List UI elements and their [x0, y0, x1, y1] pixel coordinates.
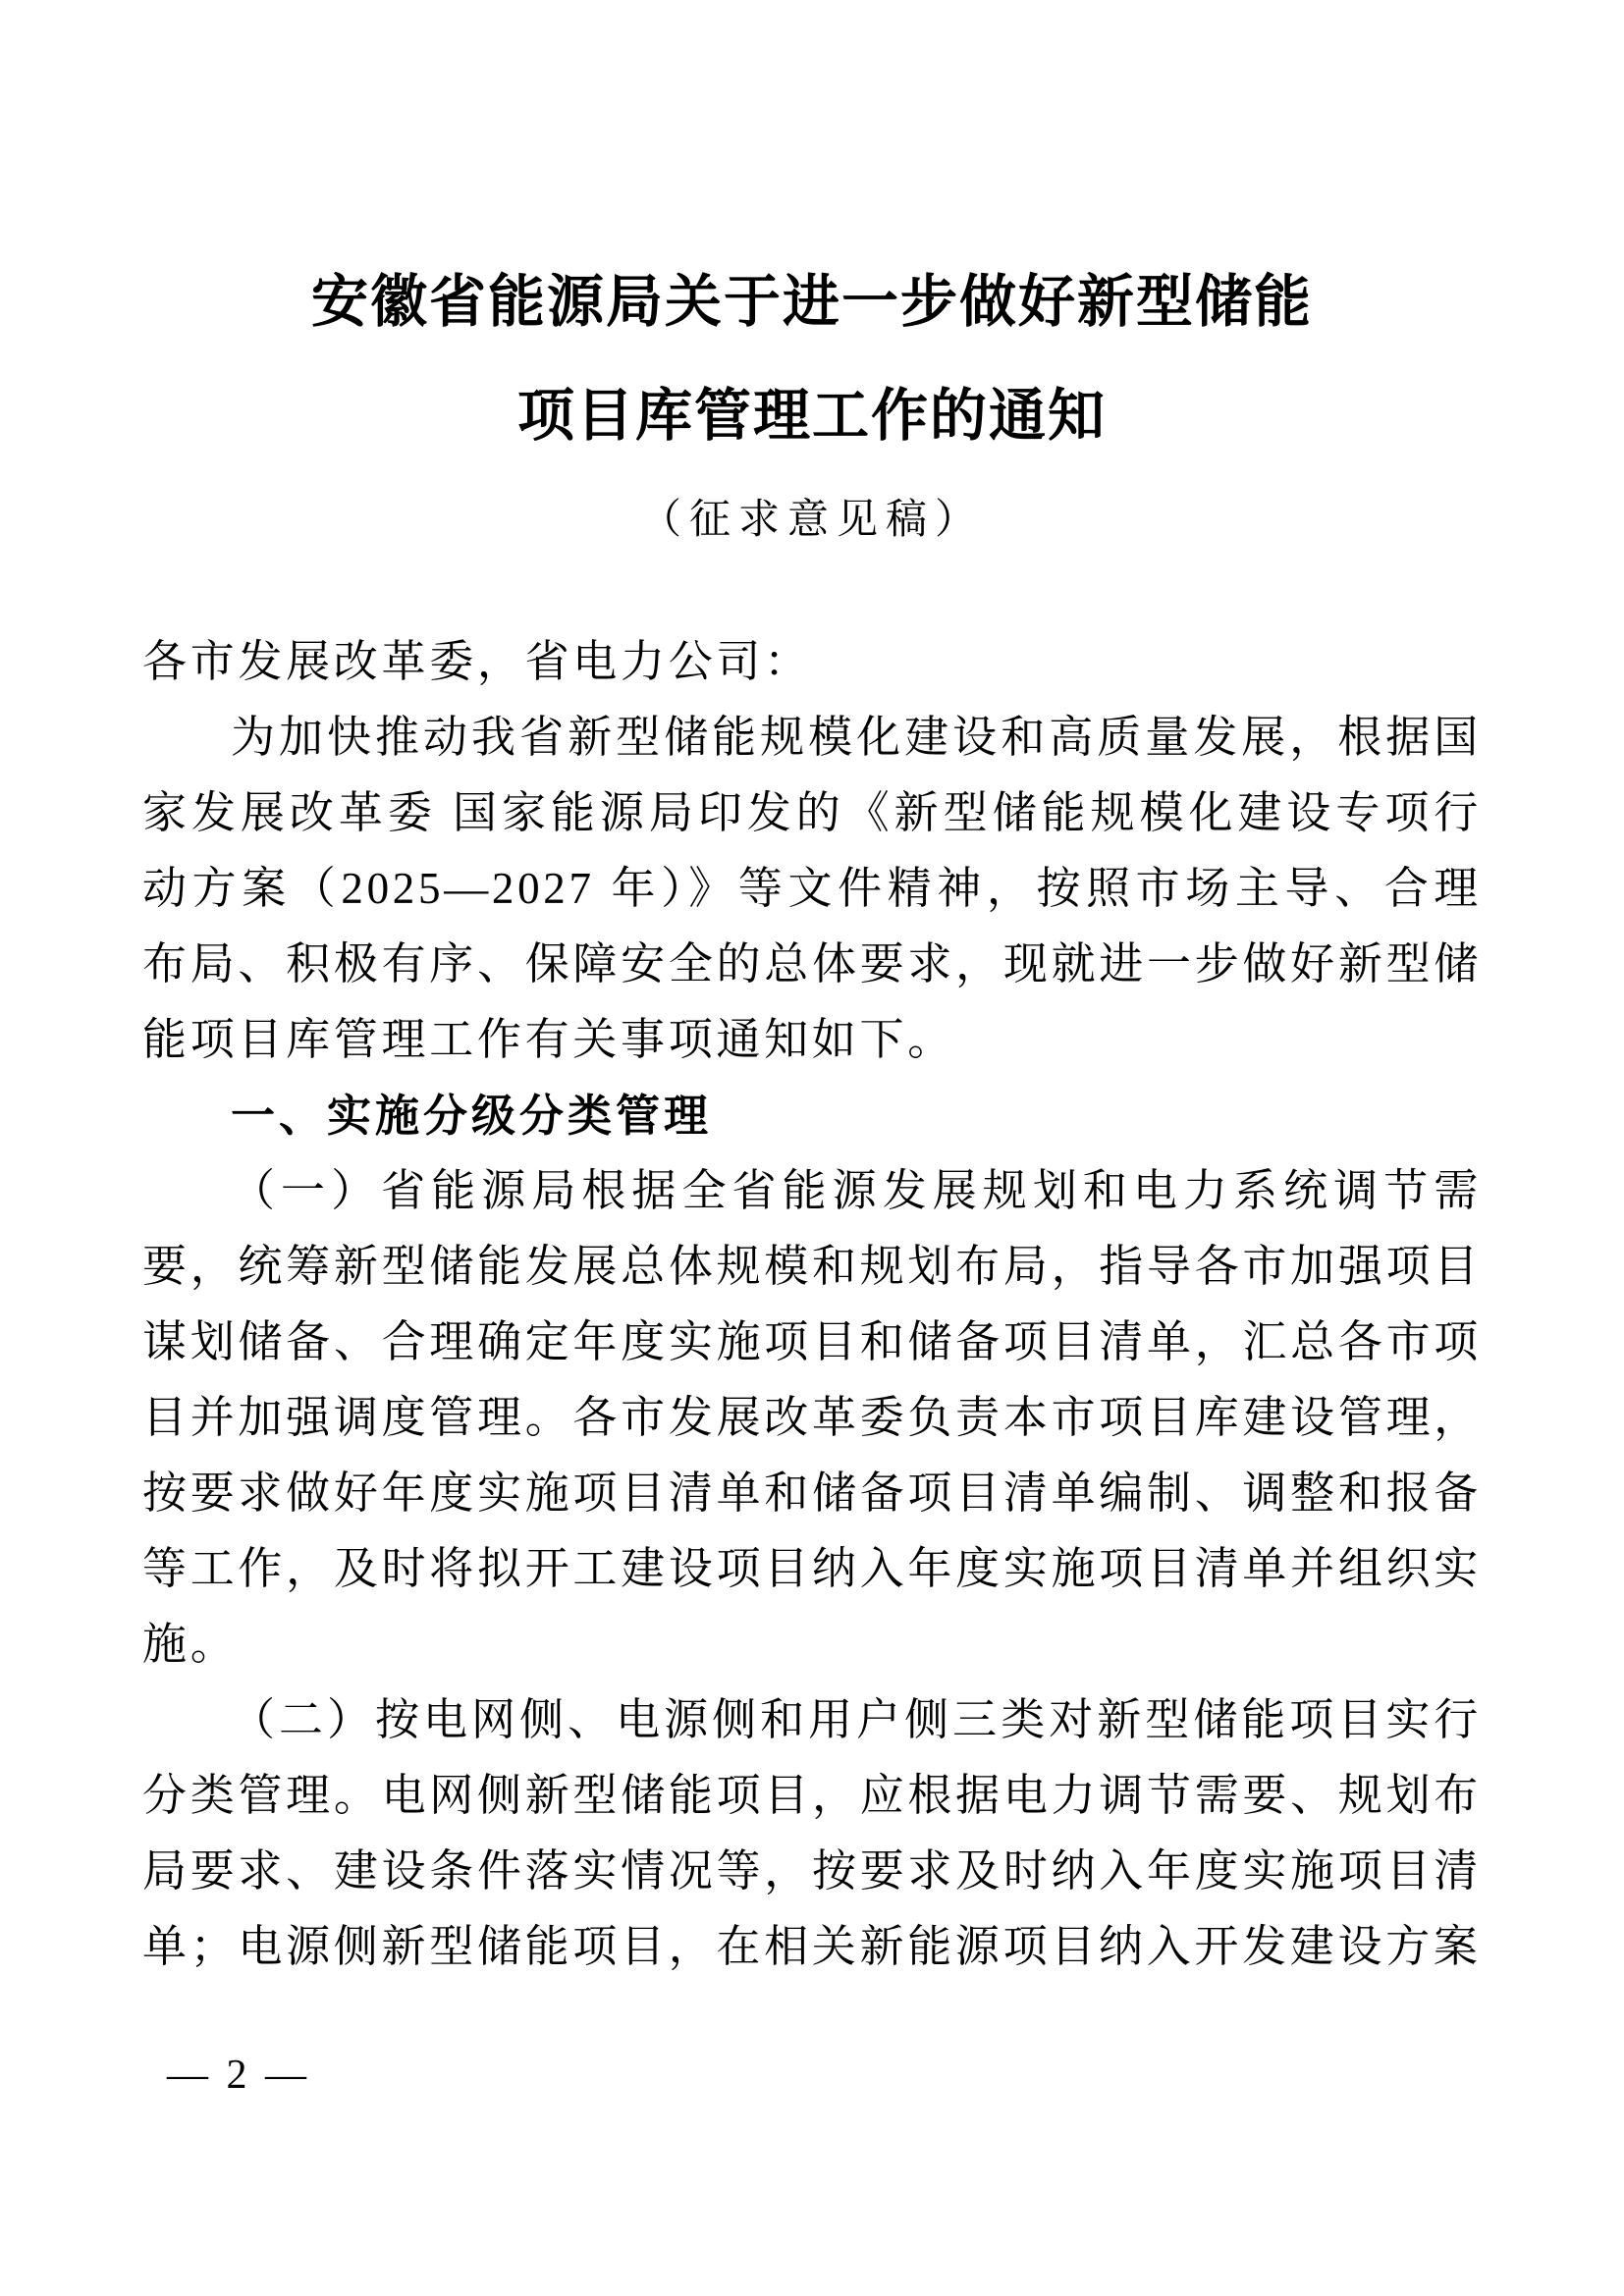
salutation: 各市发展改革委，省电力公司： — [142, 624, 1482, 700]
item-2-paragraph: （二）按电网侧、电源侧和用户侧三类对新型储能项目实行分类管理。电网侧新型储能项目… — [142, 1682, 1482, 1985]
document-subtitle: （征求意见稿） — [0, 487, 1624, 546]
section-heading-1: 一、实施分级分类管理 — [142, 1078, 1482, 1153]
document-page: 安徽省能源局关于进一步做好新型储能 项目库管理工作的通知 （征求意见稿） 各市发… — [0, 0, 1624, 2296]
page-number: — 2 — — [167, 2052, 310, 2099]
item-1-paragraph: （一）省能源局根据全省能源发展规划和电力系统调节需要，统筹新型储能发展总体规模和… — [142, 1153, 1482, 1682]
intro-paragraph: 为加快推动我省新型储能规模化建设和高质量发展，根据国家发展改革委 国家能源局印发… — [142, 700, 1482, 1078]
document-title: 安徽省能源局关于进一步做好新型储能 项目库管理工作的通知 — [0, 0, 1624, 473]
title-line-1: 安徽省能源局关于进一步做好新型储能 — [0, 245, 1624, 359]
document-body: 各市发展改革委，省电力公司： 为加快推动我省新型储能规模化建设和高质量发展，根据… — [142, 624, 1482, 1985]
title-line-2: 项目库管理工作的通知 — [0, 359, 1624, 473]
